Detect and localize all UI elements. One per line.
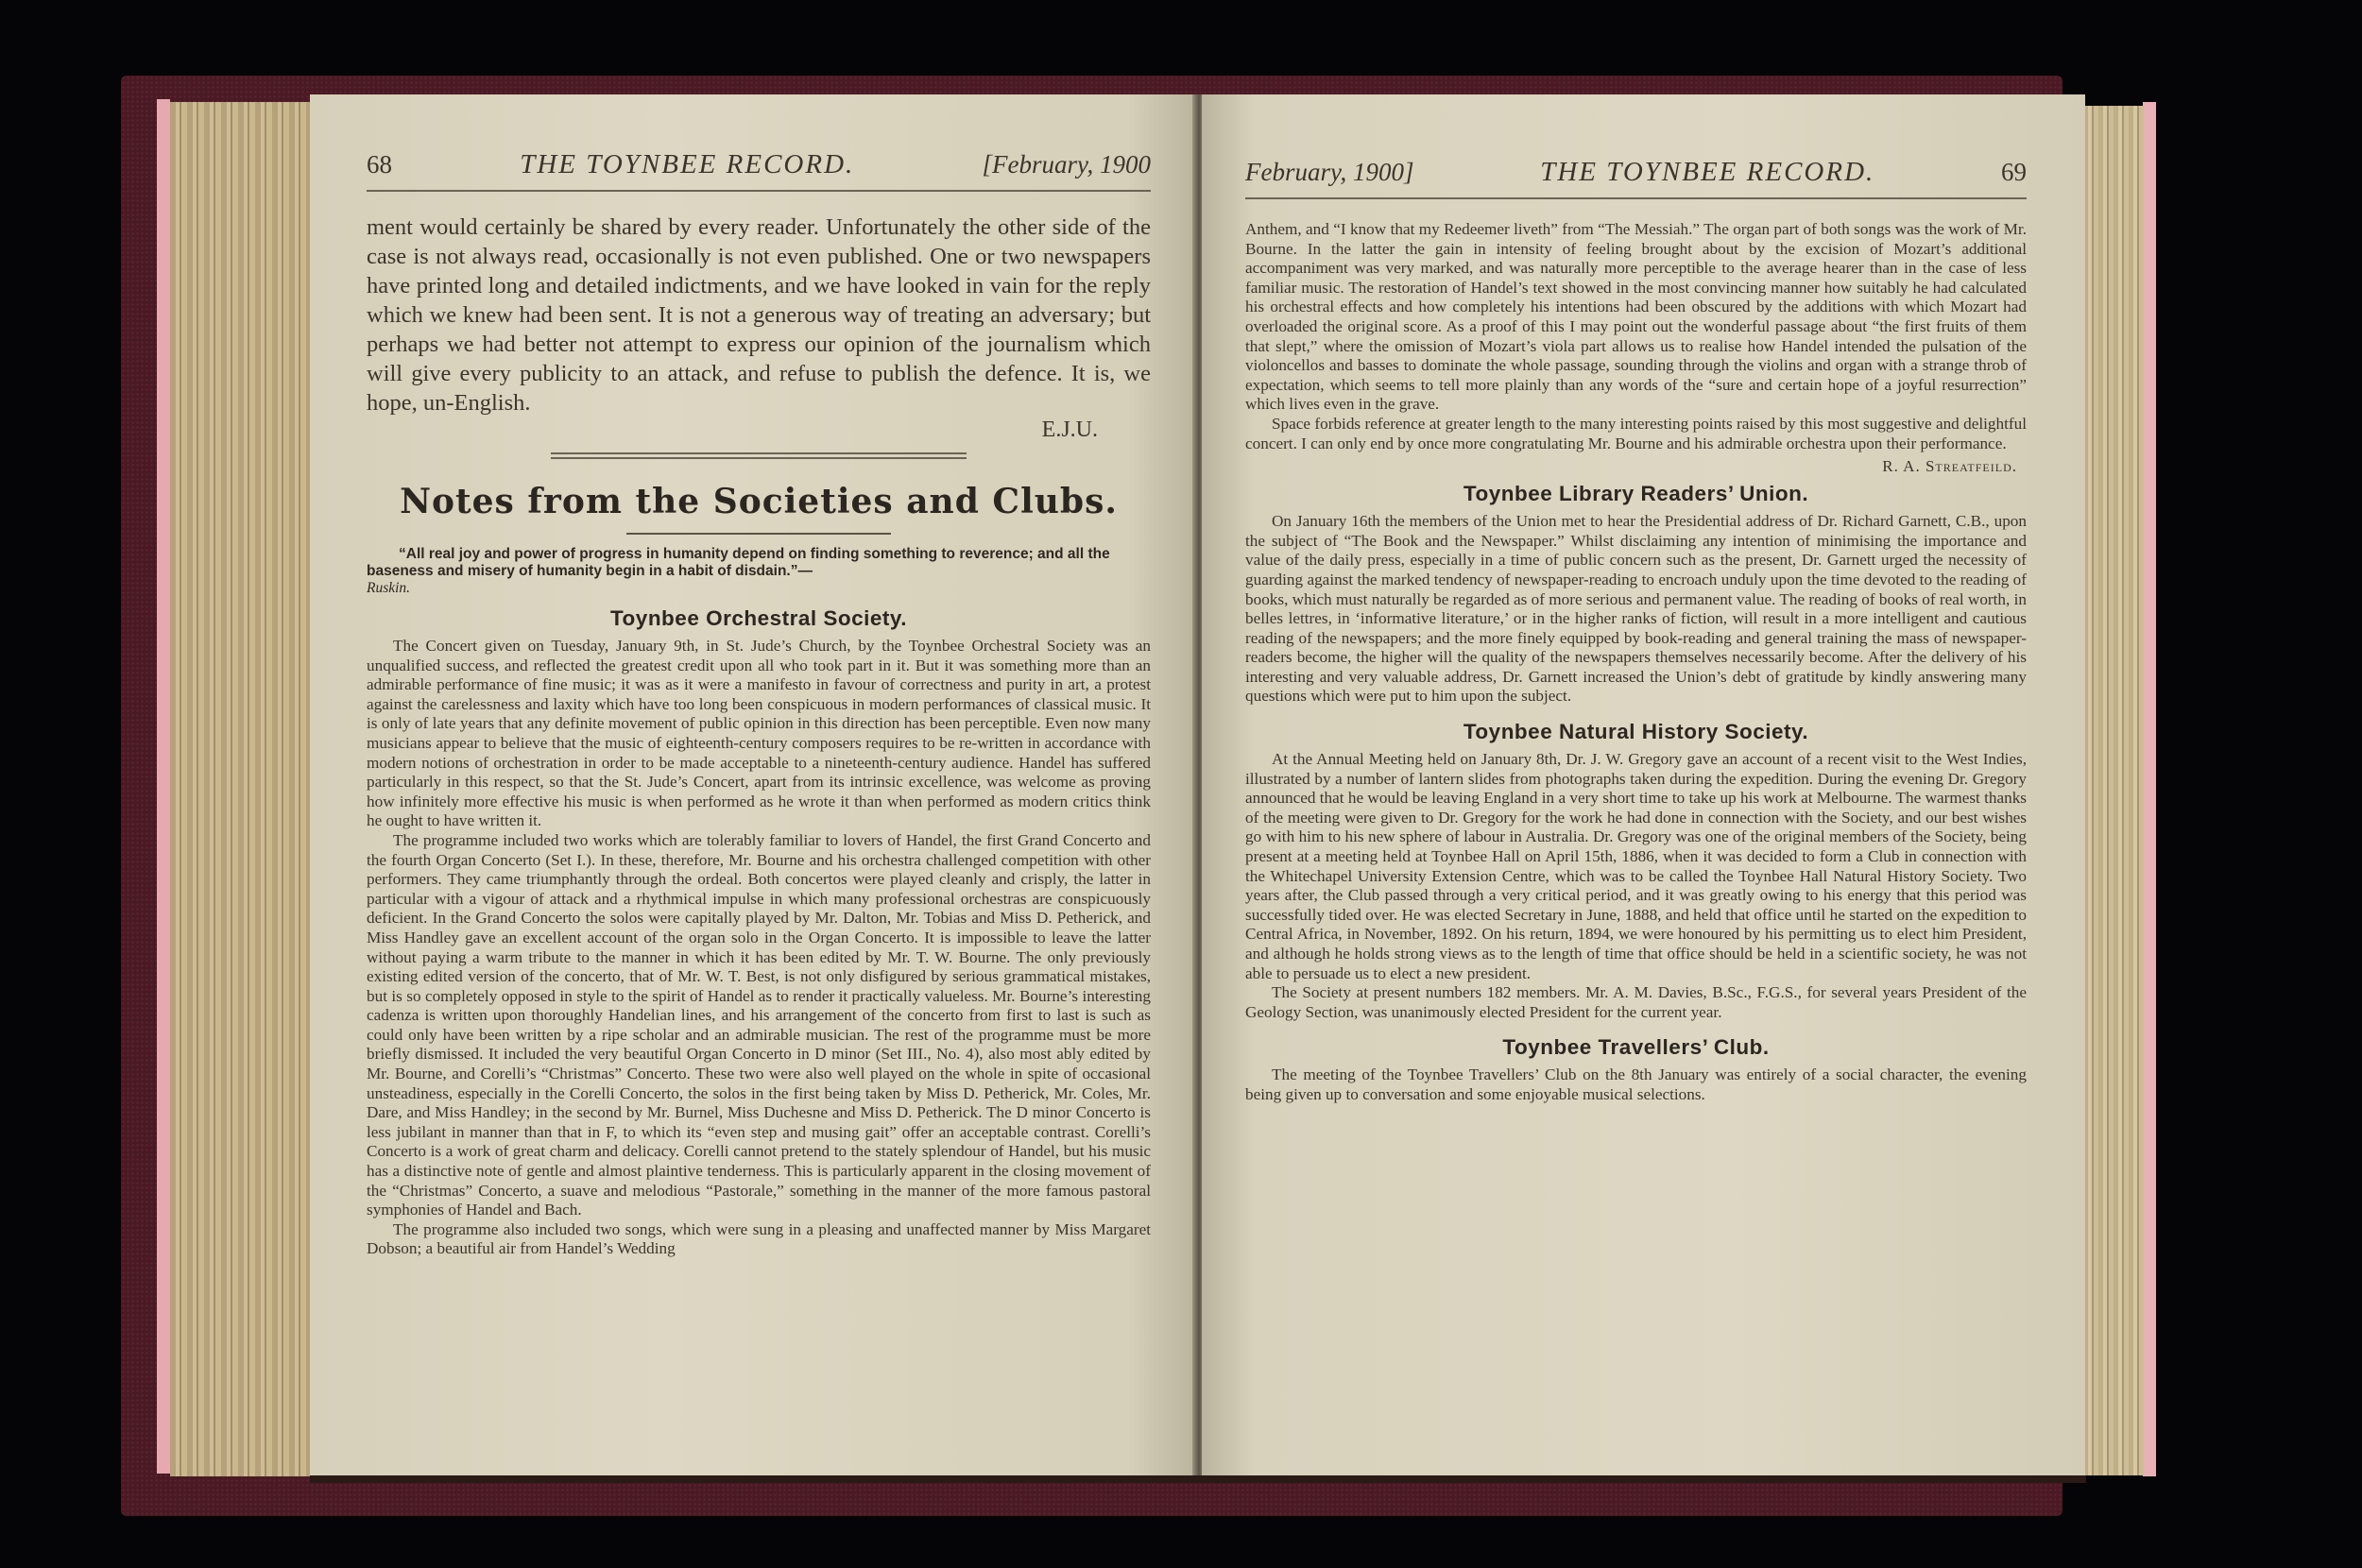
- paragraph: Space forbids reference at greater lengt…: [1245, 415, 2027, 453]
- page-stack-left: [170, 102, 310, 1476]
- paragraph: The Society at present numbers 182 membe…: [1245, 983, 2027, 1022]
- orchestral-society-title: Toynbee Orchestral Society.: [367, 606, 1151, 631]
- orchestral-continued-body: Anthem, and “I know that my Redeemer liv…: [1245, 220, 2027, 453]
- travellers-club-title: Toynbee Travellers’ Club.: [1245, 1035, 2027, 1060]
- issue-date: February, 1900]: [1245, 158, 1414, 187]
- journal-title: THE TOYNBEE RECORD.: [1540, 157, 1874, 188]
- journal-title: THE TOYNBEE RECORD.: [520, 149, 854, 180]
- running-head-right: February, 1900] THE TOYNBEE RECORD. 69: [1245, 157, 2027, 199]
- section-heading: Notes from the Societies and Clubs.: [367, 482, 1151, 521]
- epigraph-quote: “All real joy and power of progress in h…: [367, 546, 1151, 580]
- signature-text: R. A. Streatfeild.: [1882, 457, 2017, 475]
- paragraph: The meeting of the Toynbee Travellers’ C…: [1245, 1065, 2027, 1104]
- page-number: 69: [2001, 158, 2027, 187]
- page-edge-right-pink: [2143, 102, 2156, 1476]
- rule-divider: [626, 533, 891, 535]
- author-signature: R. A. Streatfeild.: [1245, 457, 2017, 476]
- left-page: 68 THE TOYNBEE RECORD. [February, 1900 m…: [310, 94, 1198, 1478]
- right-page: February, 1900] THE TOYNBEE RECORD. 69 A…: [1202, 94, 2085, 1478]
- epigraph: “All real joy and power of progress in h…: [367, 546, 1151, 597]
- paragraph: The programme also included two songs, w…: [367, 1220, 1151, 1259]
- page-stack-right: [2083, 106, 2144, 1475]
- double-rule-divider: [551, 452, 967, 459]
- issue-date: [February, 1900: [982, 150, 1151, 179]
- paragraph: At the Annual Meeting held on January 8t…: [1245, 750, 2027, 983]
- paragraph: The Concert given on Tuesday, January 9t…: [367, 637, 1151, 831]
- paragraph: The programme included two works which a…: [367, 831, 1151, 1220]
- lead-signature: E.J.U.: [367, 418, 1098, 443]
- paragraph: Anthem, and “I know that my Redeemer liv…: [1245, 220, 2027, 415]
- library-union-body: On January 16th the members of the Union…: [1245, 512, 2027, 707]
- page-bottom-edge: [310, 1475, 2086, 1483]
- running-head-left: 68 THE TOYNBEE RECORD. [February, 1900: [367, 149, 1151, 192]
- paragraph: On January 16th the members of the Union…: [1245, 512, 2027, 707]
- natural-history-title: Toynbee Natural History Society.: [1245, 720, 2027, 744]
- epigraph-attribution: Ruskin.: [367, 580, 410, 596]
- lead-paragraph: ment would certainly be shared by every …: [367, 213, 1151, 418]
- page-number: 68: [367, 150, 392, 179]
- orchestral-society-body: The Concert given on Tuesday, January 9t…: [367, 637, 1151, 1259]
- travellers-club-body: The meeting of the Toynbee Travellers’ C…: [1245, 1065, 2027, 1104]
- natural-history-body: At the Annual Meeting held on January 8t…: [1245, 750, 2027, 1022]
- library-union-title: Toynbee Library Readers’ Union.: [1245, 482, 2027, 506]
- page-edge-left-pink: [157, 99, 170, 1474]
